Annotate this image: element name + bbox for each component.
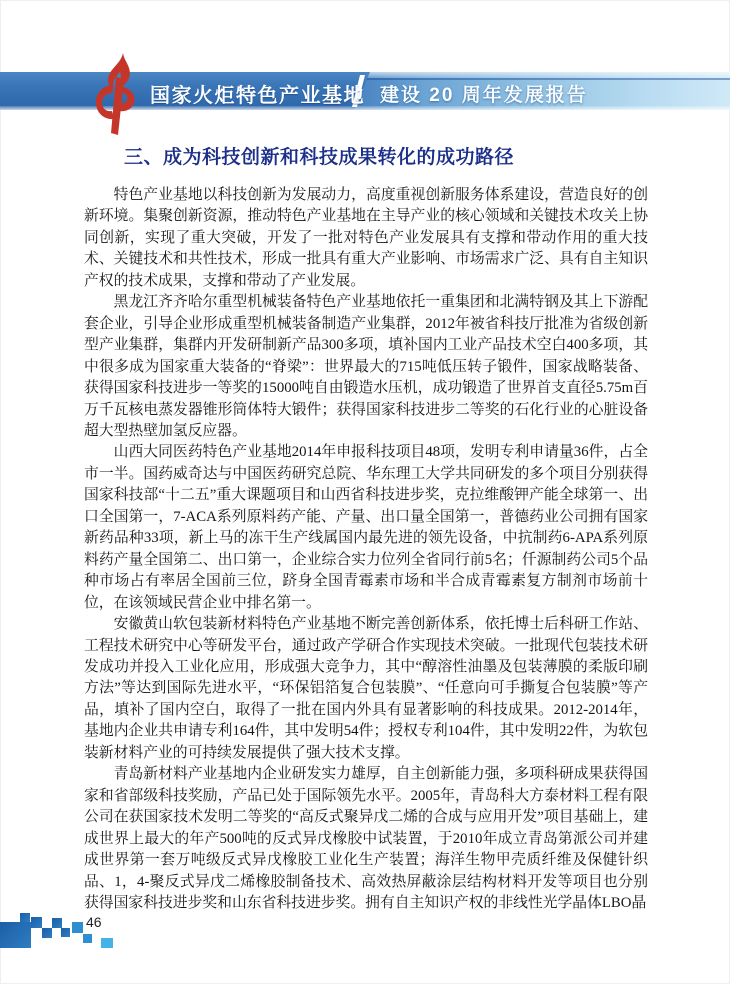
- mosaic-square: [31, 917, 42, 928]
- mosaic-square: [20, 913, 30, 922]
- body-paragraph-3: 山西大同医药特色产业基地2014年申报科技项目48项，发明专利申请量36件，占全…: [84, 442, 648, 614]
- mosaic-square: [72, 922, 83, 933]
- mosaic-square: [42, 928, 52, 938]
- body-text: 特色产业基地以科技创新为发展动力，高度重视创新服务体系建设，营造良好的创新环境。…: [84, 185, 648, 914]
- body-paragraph-1: 特色产业基地以科技创新为发展动力，高度重视创新服务体系建设，营造良好的创新环境。…: [84, 185, 648, 292]
- main-content: 三、成为科技创新和科技成果转化的成功路径 特色产业基地以科技创新为发展动力，高度…: [84, 142, 648, 914]
- page-number: 46: [86, 914, 102, 930]
- body-paragraph-2: 黑龙江齐齐哈尔重型机械装备特色产业基地依托一重集团和北满特钢及其上下游配套企业，…: [84, 292, 648, 442]
- section-title: 三、成为科技创新和科技成果转化的成功路径: [124, 142, 648, 169]
- torch-flame-icon: [90, 53, 142, 135]
- report-title: 建设 20 周年发展报告: [380, 80, 588, 107]
- mosaic-square: [61, 928, 70, 937]
- mosaic-square: [101, 938, 113, 948]
- body-paragraph-5: 青岛新材料产业基地内企业研发实力雄厚，自主创新能力强，多项科研成果获得国家和省部…: [84, 764, 648, 914]
- page-footer: 46: [0, 908, 200, 956]
- document-page: 国家火炬特色产业基地 建设 20 周年发展报告 三、成为科技创新和科技成果转化的…: [0, 0, 730, 984]
- body-paragraph-4: 安徽黄山软包装新材料特色产业基地不断完善创新体系，依托博士后科研工作站、工程技术…: [84, 614, 648, 764]
- mosaic-square: [83, 934, 92, 943]
- brand-title: 国家火炬特色产业基地: [150, 79, 365, 108]
- mosaic-square: [0, 922, 31, 948]
- mosaic-square: [52, 918, 62, 928]
